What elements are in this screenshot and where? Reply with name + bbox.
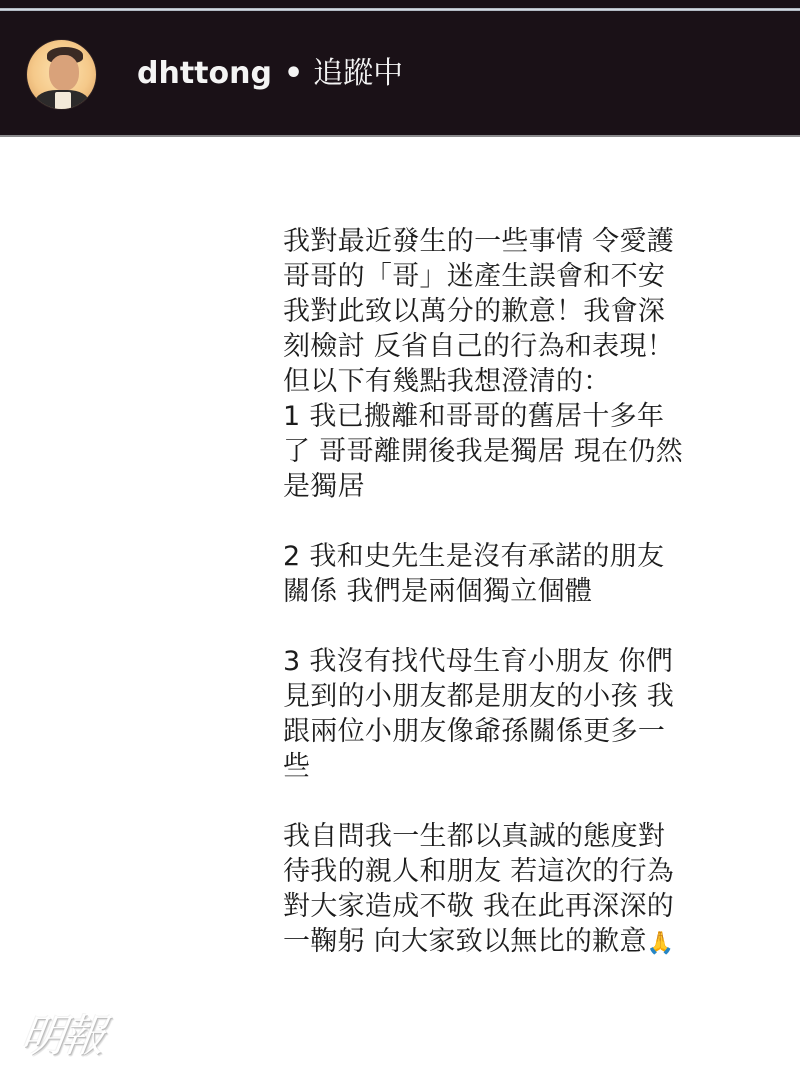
separator-dot: •: [272, 56, 313, 91]
username-link[interactable]: dhttong: [137, 56, 272, 91]
caption-line: 待我的親人和朋友 若這次的行為: [283, 854, 663, 889]
caption-line: 我自問我一生都以真誠的態度對: [283, 819, 663, 854]
username-line: dhttong•追蹤中: [137, 52, 403, 96]
caption-line: 是獨居: [283, 469, 663, 504]
caption-line: 關係 我們是兩個獨立個體: [283, 574, 663, 609]
caption-line: 些: [283, 749, 663, 784]
caption-line: 哥哥的「哥」迷產生誤會和不安: [283, 259, 663, 294]
caption-line: 3 我沒有找代母生育小朋友 你們: [283, 644, 663, 679]
paragraph-gap: [283, 784, 663, 819]
caption-line: 1 我已搬離和哥哥的舊居十多年: [283, 399, 663, 434]
avatar-face: [49, 55, 79, 91]
caption-line: 我對最近發生的一些事情 令愛護: [283, 224, 663, 259]
paragraph-gap: [283, 609, 663, 644]
caption-line: 了 哥哥離開後我是獨居 現在仍然: [283, 434, 663, 469]
caption-line: 但以下有幾點我想澄清的：: [283, 364, 663, 399]
profile-header: dhttong•追蹤中: [0, 0, 800, 137]
caption-line: 對大家造成不敬 我在此再深深的: [283, 889, 663, 924]
post-caption: 我對最近發生的一些事情 令愛護 哥哥的「哥」迷產生誤會和不安 我對此致以萬分的歉…: [283, 224, 663, 959]
header-divider-line: [0, 8, 800, 11]
caption-line: 刻檢討 反省自己的行為和表現！: [283, 329, 663, 364]
caption-line: 我對此致以萬分的歉意！我會深: [283, 294, 663, 329]
following-button[interactable]: 追蹤中: [313, 56, 403, 91]
avatar[interactable]: [27, 40, 96, 109]
caption-line-last: 一鞠躬 向大家致以無比的歉意🙏: [283, 924, 663, 959]
caption-line: 見到的小朋友都是朋友的小孩 我: [283, 679, 663, 714]
newspaper-watermark: 明報: [18, 1000, 126, 1060]
avatar-collar: [55, 92, 71, 109]
folded-hands-icon: 🙏: [647, 931, 675, 956]
caption-line: 2 我和史先生是沒有承諾的朋友: [283, 539, 663, 574]
caption-text: 一鞠躬 向大家致以無比的歉意: [283, 926, 647, 957]
paragraph-gap: [283, 504, 663, 539]
caption-line: 跟兩位小朋友像爺孫關係更多一: [283, 714, 663, 749]
